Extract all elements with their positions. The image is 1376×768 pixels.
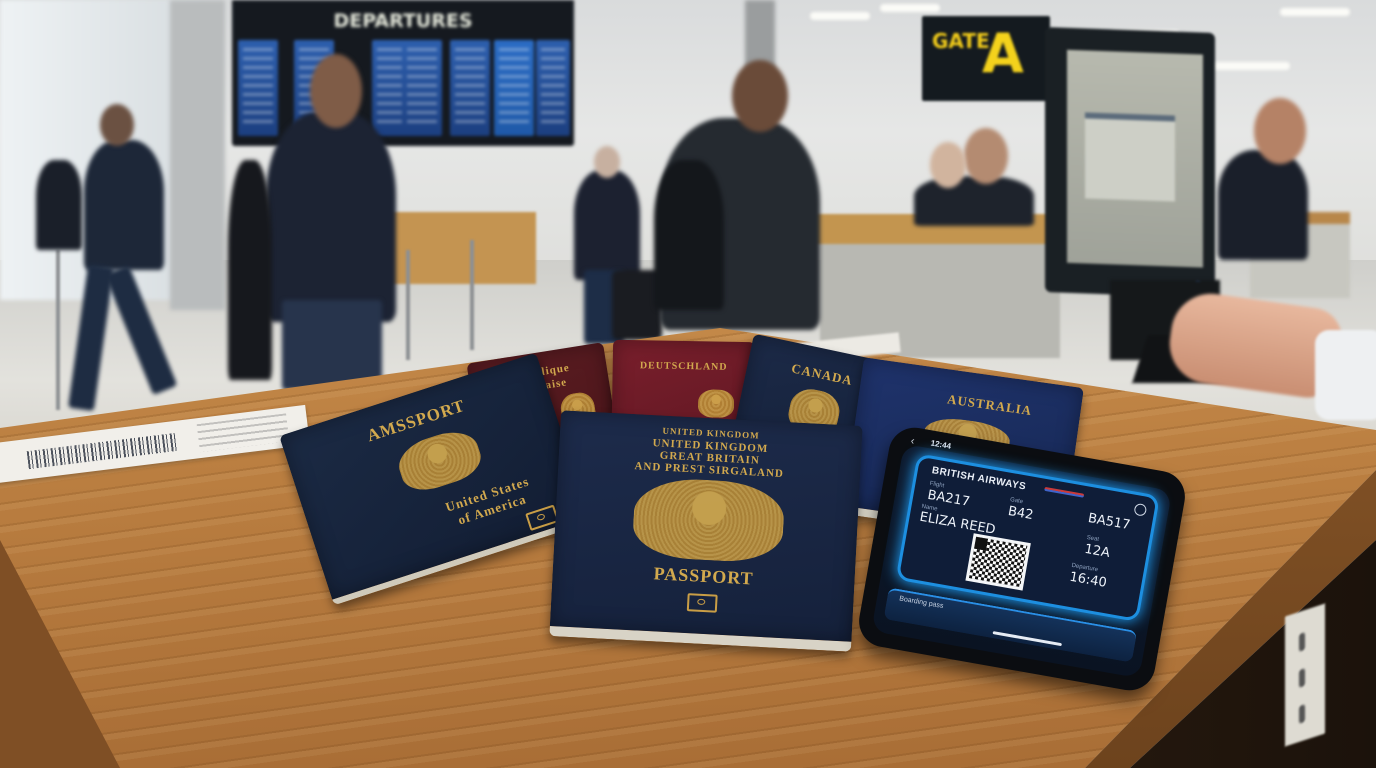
traveler (228, 160, 272, 380)
backpack (36, 160, 82, 250)
ceiling-light (810, 12, 870, 20)
passport-text: DEUTSCHLAND (613, 360, 755, 373)
passport-uk[interactable]: UNITED KINGDOM UNITED KINGDOM GREAT BRIT… (549, 410, 862, 651)
agent-head (930, 142, 966, 188)
queue-stanchion (56, 250, 60, 410)
gate-sign-word: GATE (932, 29, 990, 53)
eagle-emblem-icon (698, 389, 734, 418)
traveler-head (594, 146, 620, 178)
eagle-emblem-icon (393, 424, 486, 497)
traveler (266, 112, 396, 322)
traveler-head (732, 60, 788, 132)
gate-sign: GATE A (922, 16, 1050, 101)
departures-screen (450, 40, 490, 136)
desk-label-sticker (1285, 604, 1325, 747)
departures-screen (536, 40, 570, 136)
departures-board-title: DEPARTURES (232, 10, 574, 32)
royal-coat-of-arms-icon (632, 476, 786, 564)
shirt-cuff (1315, 330, 1376, 420)
phone-screen[interactable]: BRITISH AIRWAYS Flight BA217 Gate B42 BA… (871, 444, 1172, 678)
traveler (84, 140, 164, 270)
agent (914, 176, 1034, 226)
traveler (574, 170, 640, 280)
info-icon[interactable] (1133, 503, 1147, 517)
passport-text: AUSTRALIA (898, 385, 1080, 426)
strip-print (197, 413, 290, 452)
qr-code-icon (965, 533, 1030, 590)
departures-board: DEPARTURES (232, 0, 574, 146)
agent-head (964, 128, 1008, 184)
agent (1218, 150, 1308, 260)
ceiling-light (880, 4, 940, 12)
footer-text: Boarding pass (899, 595, 944, 610)
terminal-pillar (170, 0, 225, 310)
passenger-name: ELIZA REED (918, 510, 996, 538)
gate-sign-letter: A (982, 22, 1024, 86)
queue-stanchion (470, 240, 474, 350)
airline-name: BRITISH AIRWAYS (931, 465, 1027, 492)
agent-monitor (1045, 27, 1215, 298)
home-indicator[interactable] (993, 631, 1062, 646)
seat-value: 12A (1083, 542, 1111, 561)
traveler-head (310, 54, 362, 128)
monitor-screen (1067, 50, 1203, 268)
airline-logo-icon (1044, 487, 1084, 498)
boarding-pass-card[interactable]: BRITISH AIRWAYS Flight BA217 Gate B42 BA… (899, 457, 1157, 619)
departure-time: 16:40 (1068, 570, 1108, 591)
airport-checkin-scene: DEPARTURES GATE A (0, 0, 1376, 768)
agent-head (1254, 98, 1306, 164)
traveler-head (100, 104, 134, 146)
backpack (654, 160, 724, 310)
booking-code: BA517 (1087, 511, 1132, 533)
biometric-chip-icon (687, 593, 718, 613)
departures-screen (238, 40, 278, 136)
departures-screen (494, 40, 534, 136)
traveler-leg (282, 300, 382, 390)
departures-screen (402, 40, 442, 136)
barcode-icon (27, 433, 178, 469)
passport-title: PASSPORT (552, 558, 855, 595)
queue-stanchion (406, 250, 410, 360)
gate-value: B42 (1007, 504, 1035, 523)
ceiling-light (1280, 8, 1350, 16)
